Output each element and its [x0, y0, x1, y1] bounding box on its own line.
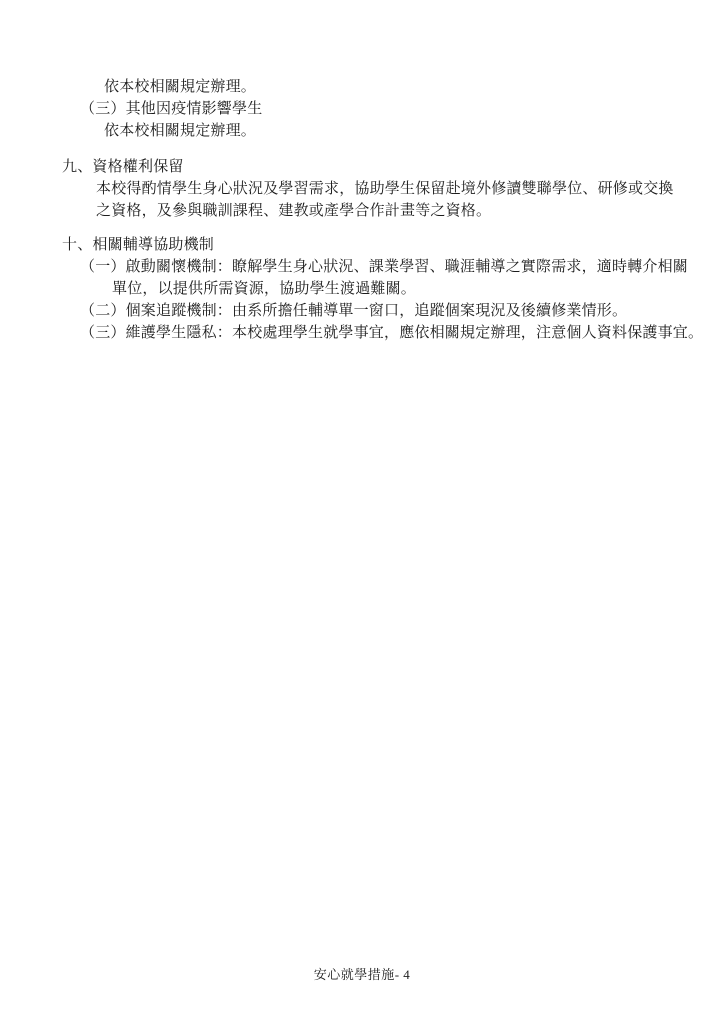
section-nine-body-line-2: 之資格，及參與職訓課程、建教或產學合作計畫等之資格。 — [0, 200, 724, 222]
intro-item3-heading: （三）其他因疫情影響學生 — [0, 98, 724, 120]
section-ten-heading: 十、相關輔導協助機制 — [0, 234, 724, 256]
section-ten-item1-line-1: （一）啟動關懷機制：瞭解學生身心狀況、課業學習、職涯輔導之實際需求，適時轉介相關 — [0, 256, 724, 278]
document-body: 依本校相關規定辦理。 （三）其他因疫情影響學生 依本校相關規定辦理。 九、資格權… — [0, 0, 724, 344]
intro-continuation-line: 依本校相關規定辦理。 — [0, 76, 724, 98]
document-page: 依本校相關規定辦理。 （三）其他因疫情影響學生 依本校相關規定辦理。 九、資格權… — [0, 0, 724, 1024]
section-ten-item1-line-2: 單位，以提供所需資源，協助學生渡過難關。 — [0, 278, 724, 300]
intro-item3-body: 依本校相關規定辦理。 — [0, 120, 724, 142]
section-ten-item3: （三）維護學生隱私：本校處理學生就學事宜，應依相關規定辦理，注意個人資料保護事宜… — [0, 322, 724, 344]
page-footer: 安心就學措施- 4 — [0, 966, 724, 984]
section-nine-body-line-1: 本校得酌情學生身心狀況及學習需求，協助學生保留赴境外修讀雙聯學位、研修或交換 — [0, 178, 724, 200]
section-ten-item2: （二）個案追蹤機制：由系所擔任輔導單一窗口，追蹤個案現況及後續修業情形。 — [0, 300, 724, 322]
section-nine-heading: 九、資格權利保留 — [0, 156, 724, 178]
